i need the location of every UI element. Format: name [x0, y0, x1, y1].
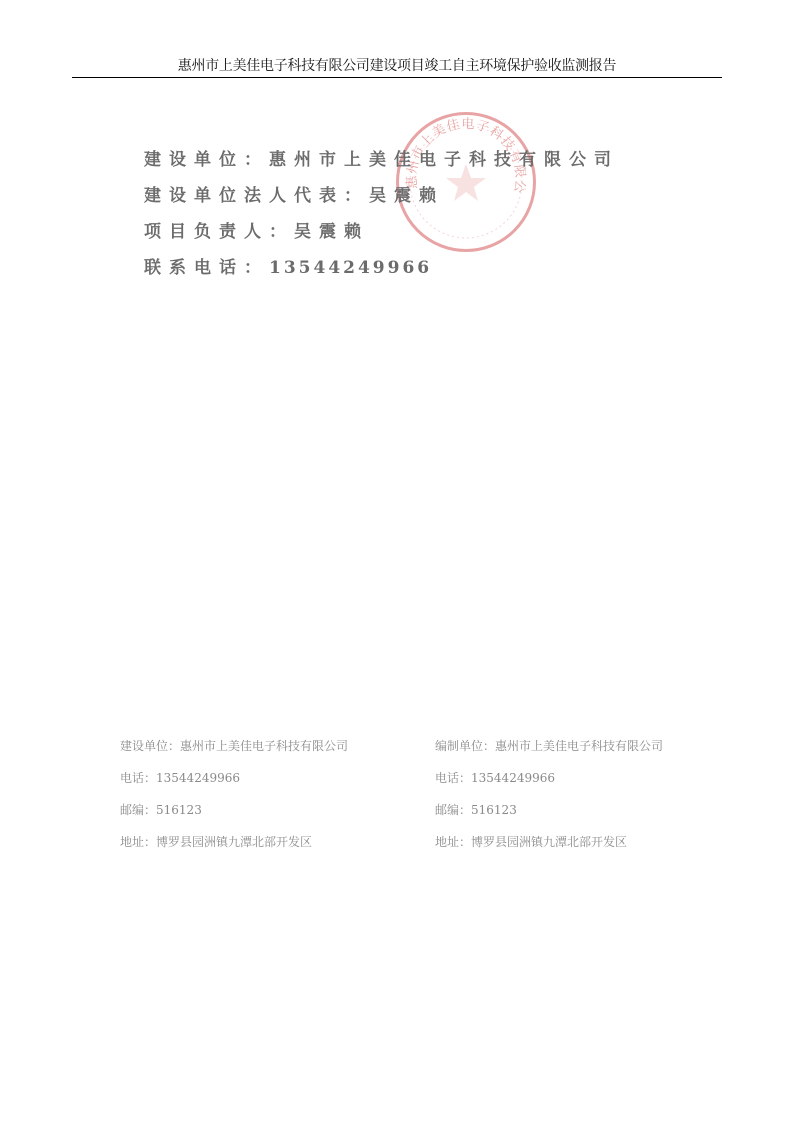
project-lead-label: 项目负责人： — [144, 222, 294, 242]
phone-value: 13544249966 — [269, 258, 432, 278]
compiler-contact-block: 编制单位：惠州市上美佳电子科技有限公司 电话：13544249966 邮编：51… — [435, 738, 690, 866]
builder-zip-line: 邮编：516123 — [120, 802, 348, 834]
project-lead-value: 吴震赖 — [294, 222, 369, 242]
compiler-zip-line: 邮编：516123 — [435, 802, 690, 834]
builder-address-line: 地址：博罗县园洲镇九潭北部开发区 — [120, 834, 348, 866]
project-info-block: 建设单位：惠州市上美佳电子科技有限公司 建设单位法人代表：吴震赖 项目负责人：吴… — [144, 146, 619, 290]
compiler-zip-value: 516123 — [471, 803, 517, 817]
builder-phone-line: 电话：13544249966 — [120, 770, 348, 802]
compiler-phone-label: 电话： — [435, 771, 471, 785]
compiler-address-label: 地址： — [435, 835, 471, 849]
compiler-phone-line: 电话：13544249966 — [435, 770, 690, 802]
compiler-unit-label: 编制单位： — [435, 739, 495, 753]
compiler-phone-value: 13544249966 — [471, 771, 555, 785]
phone-label: 联系电话： — [144, 258, 269, 278]
compiler-address-value: 博罗县园洲镇九潭北部开发区 — [471, 835, 627, 849]
builder-zip-label: 邮编： — [120, 803, 156, 817]
compiler-zip-label: 邮编： — [435, 803, 471, 817]
page-header: 惠州市上美佳电子科技有限公司建设项目竣工自主环境保护验收监测报告 — [72, 56, 722, 78]
builder-label: 建设单位： — [144, 150, 269, 170]
compiler-unit-value: 惠州市上美佳电子科技有限公司 — [495, 739, 663, 753]
builder-unit-label: 建设单位： — [120, 739, 180, 753]
project-lead-line: 项目负责人：吴震赖 — [144, 218, 619, 254]
legal-rep-label: 建设单位法人代表： — [144, 186, 369, 206]
builder-line: 建设单位：惠州市上美佳电子科技有限公司 — [144, 146, 619, 182]
legal-rep-line: 建设单位法人代表：吴震赖 — [144, 182, 619, 218]
compiler-unit-line: 编制单位：惠州市上美佳电子科技有限公司 — [435, 738, 690, 770]
builder-phone-label: 电话： — [120, 771, 156, 785]
phone-line: 联系电话：13544249966 — [144, 254, 619, 290]
report-title: 惠州市上美佳电子科技有限公司建设项目竣工自主环境保护验收监测报告 — [178, 58, 616, 74]
builder-zip-value: 516123 — [156, 803, 202, 817]
builder-unit-value: 惠州市上美佳电子科技有限公司 — [180, 739, 348, 753]
builder-contact-block: 建设单位：惠州市上美佳电子科技有限公司 电话：13544249966 邮编：51… — [120, 738, 348, 866]
compiler-address-line: 地址：博罗县园洲镇九潭北部开发区 — [435, 834, 690, 866]
builder-phone-value: 13544249966 — [156, 771, 240, 785]
builder-address-value: 博罗县园洲镇九潭北部开发区 — [156, 835, 312, 849]
builder-address-label: 地址： — [120, 835, 156, 849]
builder-unit-line: 建设单位：惠州市上美佳电子科技有限公司 — [120, 738, 348, 770]
builder-value: 惠州市上美佳电子科技有限公司 — [269, 150, 619, 170]
legal-rep-value: 吴震赖 — [369, 186, 444, 206]
